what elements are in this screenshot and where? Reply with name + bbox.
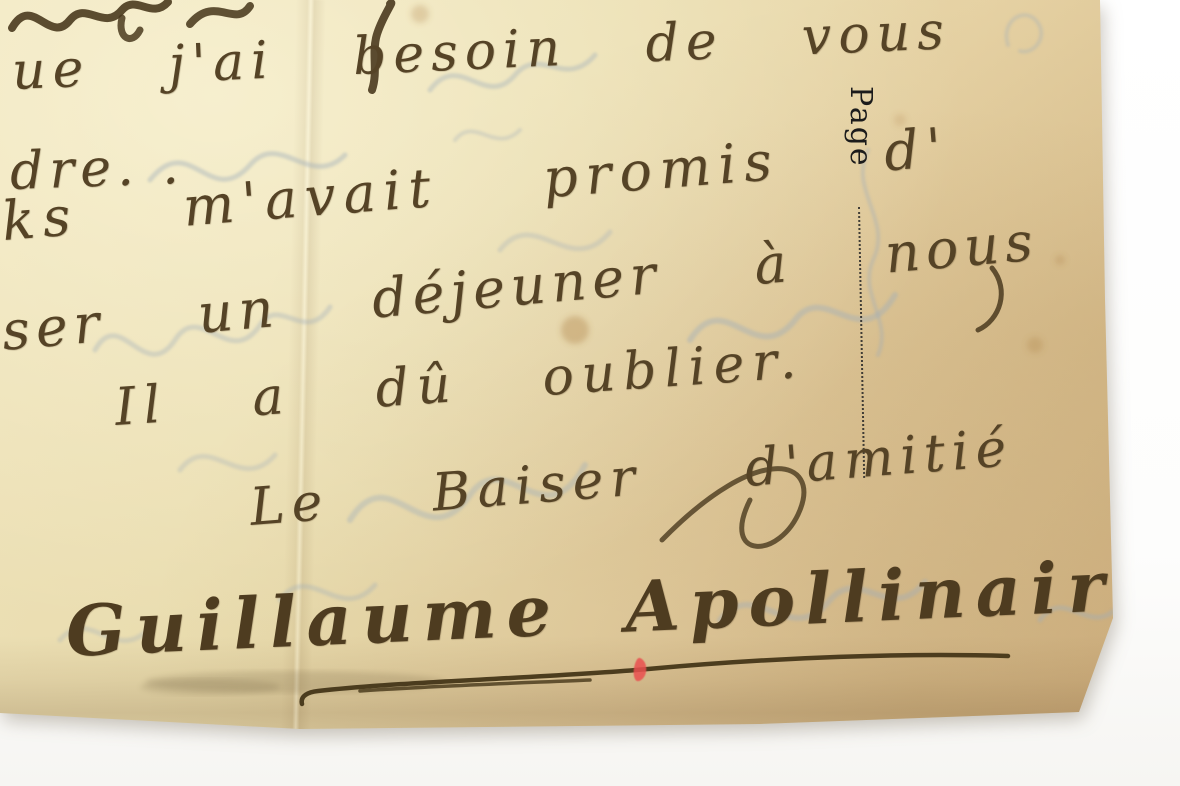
cropped-ink-strokes [12,2,168,28]
photo-backdrop: Page [0,0,1180,786]
letter-photo: Page [0,0,1180,786]
red-mark [634,658,647,681]
letter-paper: Page [0,0,1180,786]
